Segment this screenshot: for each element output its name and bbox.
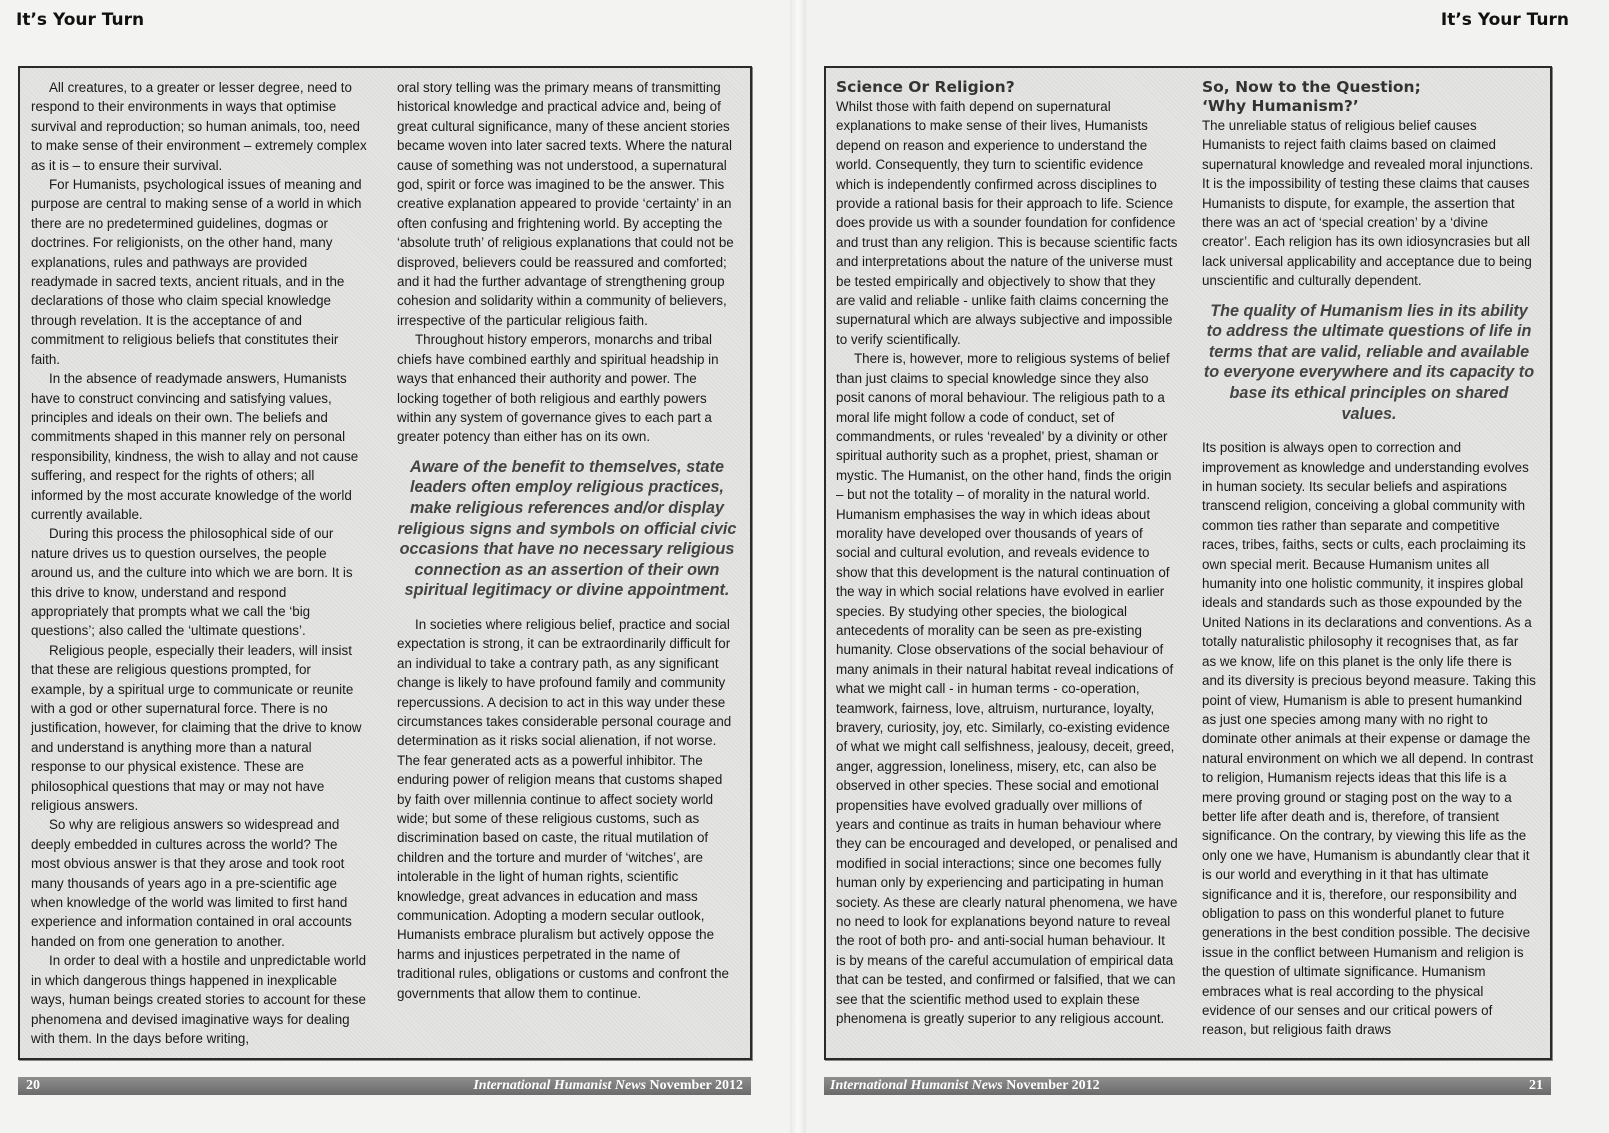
page-number: 20 — [26, 1077, 40, 1095]
paragraph: Throughout history emperors, monarchs an… — [397, 330, 737, 446]
paragraph: In societies where religious belief, pra… — [397, 615, 737, 1003]
section-heading: Science Or Religion? — [836, 78, 1178, 97]
article-panel: All creatures, to a greater or lesser de… — [18, 66, 752, 1060]
page-footer: 20 International Humanist News November … — [18, 1077, 751, 1095]
publication-title: International Humanist News — [830, 1078, 1003, 1093]
paragraph: oral story telling was the primary means… — [397, 78, 737, 330]
article-column-2: oral story telling was the primary means… — [397, 78, 737, 1003]
issue-date: November 2012 — [1006, 1078, 1099, 1093]
article-panel: Science Or Religion? Whilst those with f… — [824, 66, 1552, 1060]
paragraph: Whilst those with faith depend on supern… — [836, 97, 1178, 349]
paragraph: The unreliable status of religious belie… — [1202, 116, 1536, 291]
paragraph: Religious people, especially their leade… — [31, 641, 367, 816]
section-label: It’s Your Turn — [16, 10, 144, 30]
article-column-1: All creatures, to a greater or lesser de… — [31, 78, 367, 1048]
page-footer: International Humanist News November 201… — [824, 1077, 1551, 1095]
issue-date: November 2012 — [650, 1078, 743, 1093]
page-number: 21 — [1529, 1077, 1543, 1095]
heading-line: ‘Why Humanism?’ — [1202, 97, 1536, 116]
page-gutter — [790, 0, 806, 1133]
paragraph: In order to deal with a hostile and unpr… — [31, 951, 367, 1048]
paragraph: Its position is always open to correctio… — [1202, 438, 1536, 1040]
paragraph: In the absence of readymade answers, Hum… — [31, 369, 367, 524]
paragraph: For Humanists, psychological issues of m… — [31, 175, 367, 369]
section-label: It’s Your Turn — [1441, 10, 1569, 30]
heading-line: So, Now to the Question; — [1202, 78, 1536, 97]
publication-credit: International Humanist News November 201… — [473, 1077, 743, 1095]
right-page: It’s Your Turn Science Or Religion? Whil… — [806, 0, 1609, 1133]
article-column-2: So, Now to the Question; ‘Why Humanism?’… — [1202, 78, 1536, 1040]
paragraph: During this process the philosophical si… — [31, 524, 367, 640]
paragraph: All creatures, to a greater or lesser de… — [31, 78, 367, 175]
pull-quote: The quality of Humanism lies in its abil… — [1202, 301, 1536, 425]
section-heading: So, Now to the Question; ‘Why Humanism?’ — [1202, 78, 1536, 116]
paragraph: There is, however, more to religious sys… — [836, 349, 1178, 1028]
paragraph: So why are religious answers so widespre… — [31, 815, 367, 951]
left-page: It’s Your Turn All creatures, to a great… — [0, 0, 790, 1133]
publication-credit: International Humanist News November 201… — [830, 1077, 1100, 1095]
article-column-1: Science Or Religion? Whilst those with f… — [836, 78, 1178, 1029]
publication-title: International Humanist News — [473, 1078, 646, 1093]
pull-quote: Aware of the benefit to themselves, stat… — [397, 457, 737, 601]
